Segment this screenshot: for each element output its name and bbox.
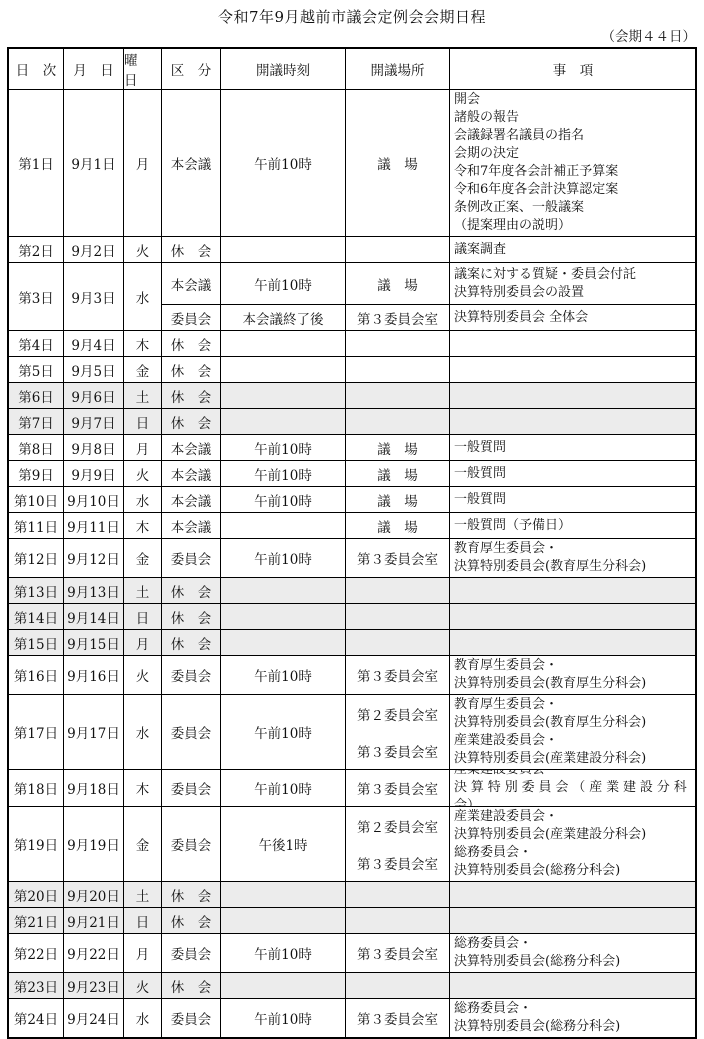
item-group: 一般質問 [454,462,692,485]
time-cell [221,604,346,629]
document-page: 令和7年9月越前市議会定例会会期日程 （会期４４日） 日 次月 日曜 日区 分開… [0,0,704,1039]
category-cell: 委員会 [162,934,221,972]
category-cell: 休 会 [162,973,221,998]
session-length-note: （会期４４日） [0,28,704,46]
item-group [454,579,692,602]
weekday-cell: 火 [124,973,162,998]
item-line: 条例改正案、一般議案 [454,199,692,217]
header-cell: 事 項 [450,49,695,89]
category-cell: 休 会 [162,383,221,408]
items-cell [450,331,695,356]
table-row: 第18日9月18日木委員会午前10時第３委員会室産業建設委員会・決算特別委員会（… [9,770,695,807]
place: 第３委員会室 [346,539,449,577]
item-group: 産業建設委員会・決算特別委員会（産業建設分科会） [454,771,692,805]
day-cell: 第1日 [9,90,64,236]
item-group: 一般質問 [454,488,692,511]
item-group [454,332,692,355]
item-line: 会） [454,797,692,806]
row-details: 休 会 [162,604,695,629]
weekday-cell: 水 [124,263,162,330]
item-line: 令和7年度各会計補正予算案 [454,163,692,181]
items-cell: 決算特別委員会 全体会 [450,305,695,330]
time-cell [221,383,346,408]
item-line: 一般質問 [454,465,692,483]
subrow: 本会議午前10時議 場一般質問 [162,435,695,460]
weekday-cell: 水 [124,999,162,1037]
place [346,383,449,408]
place-cell [346,604,450,629]
item-line: 産業建設委員会・ [454,732,692,750]
place: 議 場 [346,435,449,460]
weekday-cell: 金 [124,357,162,382]
date-cell: 9月20日 [64,882,124,907]
items-cell [450,973,695,998]
place-cell: 議 場 [346,435,450,460]
place-cell: 第２委員会室第３委員会室 [346,807,450,881]
place [346,237,449,262]
time-cell [221,882,346,907]
time-cell: 午前10時 [221,435,346,460]
table-row: 第5日9月5日金休 会 [9,357,695,383]
row-details: 委員会午後1時第２委員会室第３委員会室産業建設委員会・決算特別委員会(産業建設分… [162,807,695,881]
time-cell [221,237,346,262]
date-cell: 9月2日 [64,237,124,262]
items-cell: 一般質問 [450,435,695,460]
category-cell: 休 会 [162,578,221,603]
weekday-cell: 土 [124,383,162,408]
item-line: 決算特別委員会(産業建設分科会) [454,750,692,768]
row-details: 休 会 [162,630,695,655]
date-cell: 9月16日 [64,656,124,694]
date-cell: 9月24日 [64,999,124,1037]
header-cell: 曜 日 [124,49,162,89]
day-cell: 第7日 [9,409,64,434]
items-cell [450,578,695,603]
table-row: 第19日9月19日金委員会午後1時第２委員会室第３委員会室産業建設委員会・決算特… [9,807,695,882]
table-row: 第8日9月8日月本会議午前10時議 場一般質問 [9,435,695,461]
item-group [454,909,692,932]
day-cell: 第9日 [9,461,64,486]
table-body: 第1日9月1日月本会議午前10時議 場開会諸般の報告会議録署名議員の指名会期の決… [9,90,695,1037]
table-row: 第23日9月23日火休 会 [9,973,695,999]
day-cell: 第18日 [9,770,64,806]
place [346,882,449,907]
day-cell: 第24日 [9,999,64,1037]
item-group: 開会諸般の報告会議録署名議員の指名会期の決定令和7年度各会計補正予算案令和6年度… [454,91,692,235]
date-cell: 9月11日 [64,513,124,538]
weekday-cell: 月 [124,435,162,460]
item-group: 一般質問 [454,436,692,459]
item-group [454,410,692,433]
category-cell: 委員会 [162,770,221,806]
item-group: 総務委員会・決算特別委員会(総務分科会) [454,1000,692,1036]
table-row: 第21日9月21日日休 会 [9,908,695,934]
row-details: 委員会午前10時第３委員会室総務委員会・決算特別委員会(総務分科会) [162,999,695,1037]
item-line: 総務委員会・ [454,844,692,862]
place-cell [346,908,450,933]
subrow: 委員会午前10時第２委員会室第３委員会室教育厚生委員会・決算特別委員会(教育厚生… [162,695,695,769]
place: 第３委員会室 [346,732,449,769]
item-group: 総務委員会・決算特別委員会(総務分科会) [454,935,692,971]
weekday-cell: 月 [124,630,162,655]
place [346,409,449,434]
time-cell: 午前10時 [221,487,346,512]
day-cell: 第19日 [9,807,64,881]
weekday-cell: 火 [124,656,162,694]
place-cell: 第３委員会室 [346,539,450,577]
day-cell: 第10日 [9,487,64,512]
place-cell: 議 場 [346,90,450,236]
item-group: 決算特別委員会 全体会 [454,306,692,329]
weekday-cell: 土 [124,882,162,907]
weekday-cell: 火 [124,461,162,486]
table-row: 第3日9月3日水本会議午前10時議 場議案に対する質疑・委員会付託決算特別委員会… [9,263,695,331]
header-cell: 区 分 [162,49,221,89]
day-cell: 第12日 [9,539,64,577]
item-line: 令和6年度各会計決算認定案 [454,181,692,199]
place: 第３委員会室 [346,999,449,1037]
place [346,578,449,603]
day-cell: 第2日 [9,237,64,262]
day-cell: 第13日 [9,578,64,603]
items-cell: 一般質問（予備日） [450,513,695,538]
table-row: 第22日9月22日月委員会午前10時第３委員会室総務委員会・決算特別委員会(総務… [9,934,695,973]
weekday-cell: 月 [124,934,162,972]
table-row: 第4日9月4日木休 会 [9,331,695,357]
weekday-cell: 日 [124,604,162,629]
items-cell: 総務委員会・決算特別委員会(総務分科会) [450,934,695,972]
place-cell: 第３委員会室 [346,999,450,1037]
subrow: 休 会 [162,357,695,382]
place: 第３委員会室 [346,656,449,694]
row-details: 委員会午前10時第３委員会室総務委員会・決算特別委員会(総務分科会) [162,934,695,972]
date-cell: 9月21日 [64,908,124,933]
table-row: 第11日9月11日木本会議議 場一般質問（予備日） [9,513,695,539]
category-cell: 休 会 [162,357,221,382]
subrow: 本会議議 場一般質問（予備日） [162,513,695,538]
subrow: 休 会 [162,604,695,629]
item-line: 決算特別委員会(産業建設分科会) [454,826,692,844]
time-cell [221,513,346,538]
time-cell: 午前10時 [221,539,346,577]
category-cell: 本会議 [162,487,221,512]
time-cell: 本会議終了後 [221,305,346,330]
place [346,331,449,356]
category-cell: 休 会 [162,237,221,262]
weekday-cell: 水 [124,487,162,512]
day-cell: 第17日 [9,695,64,769]
item-line: 決算特別委員会（産業建設分科 [454,779,692,797]
item-line: 決算特別委員会(教育厚生分科会) [454,675,692,693]
table-row: 第13日9月13日土休 会 [9,578,695,604]
row-details: 本会議午前10時議 場議案に対する質疑・委員会付託決算特別委員会の設置委員会本会… [162,263,695,330]
table-row: 第10日9月10日水本会議午前10時議 場一般質問 [9,487,695,513]
table-row: 第9日9月9日火本会議午前10時議 場一般質問 [9,461,695,487]
item-group: 産業建設委員会・決算特別委員会(産業建設分科会) [454,732,692,768]
place [346,604,449,629]
category-cell: 休 会 [162,604,221,629]
weekday-cell: 木 [124,331,162,356]
items-cell [450,882,695,907]
date-cell: 9月23日 [64,973,124,998]
items-cell: 議案調査 [450,237,695,262]
subrow: 休 会 [162,383,695,408]
day-cell: 第20日 [9,882,64,907]
item-line: 諸般の報告 [454,109,692,127]
category-cell: 休 会 [162,409,221,434]
items-cell: 産業建設委員会・決算特別委員会(産業建設分科会)総務委員会・決算特別委員会(総務… [450,807,695,881]
weekday-cell: 月 [124,90,162,236]
items-cell [450,409,695,434]
day-cell: 第16日 [9,656,64,694]
place [346,630,449,655]
subrow: 本会議午前10時議 場開会諸般の報告会議録署名議員の指名会期の決定令和7年度各会… [162,90,695,236]
time-cell: 午前10時 [221,934,346,972]
row-details: 休 会 [162,331,695,356]
date-cell: 9月7日 [64,409,124,434]
subrow: 本会議午前10時議 場一般質問 [162,461,695,486]
date-cell: 9月9日 [64,461,124,486]
day-cell: 第6日 [9,383,64,408]
items-cell: 議案に対する質疑・委員会付託決算特別委員会の設置 [450,263,695,304]
place: 第３委員会室 [346,844,449,881]
item-group [454,605,692,628]
place: 議 場 [346,487,449,512]
category-cell: 本会議 [162,513,221,538]
place-cell [346,882,450,907]
weekday-cell: 火 [124,237,162,262]
place: 第３委員会室 [346,305,449,330]
time-cell [221,409,346,434]
table-row: 第15日9月15日月休 会 [9,630,695,656]
subrow: 休 会 [162,578,695,603]
row-details: 委員会午前10時第３委員会室教育厚生委員会・決算特別委員会(教育厚生分科会) [162,539,695,577]
day-cell: 第8日 [9,435,64,460]
row-details: 本会議午前10時議 場一般質問 [162,461,695,486]
page-title: 令和7年9月越前市議会定例会会期日程 [0,0,704,27]
header-cell: 月 日 [64,49,124,89]
category-cell: 休 会 [162,908,221,933]
place-cell: 第３委員会室 [346,770,450,806]
date-cell: 9月12日 [64,539,124,577]
day-cell: 第3日 [9,263,64,330]
place-cell: 第２委員会室第３委員会室 [346,695,450,769]
item-line: 一般質問 [454,491,692,509]
weekday-cell: 金 [124,539,162,577]
row-details: 休 会 [162,908,695,933]
item-line: 決算特別委員会(教育厚生分科会) [454,714,692,732]
date-cell: 9月22日 [64,934,124,972]
weekday-cell: 土 [124,578,162,603]
table-row: 第2日9月2日火休 会議案調査 [9,237,695,263]
day-cell: 第23日 [9,973,64,998]
row-details: 委員会午前10時第３委員会室産業建設委員会・決算特別委員会（産業建設分科会） [162,770,695,806]
time-cell [221,908,346,933]
subrow: 休 会 [162,908,695,933]
item-line: 決算特別委員会 全体会 [454,309,692,327]
weekday-cell: 日 [124,908,162,933]
item-line: 決算特別委員会(総務分科会) [454,862,692,880]
header-cell: 日 次 [9,49,64,89]
items-cell: 教育厚生委員会・決算特別委員会(教育厚生分科会) [450,539,695,577]
subrow: 本会議午前10時議 場議案に対する質疑・委員会付託決算特別委員会の設置 [162,263,695,304]
category-cell: 委員会 [162,695,221,769]
item-line: 総務委員会・ [454,1000,692,1018]
subrow: 休 会 [162,630,695,655]
time-cell [221,578,346,603]
table-row: 第17日9月17日水委員会午前10時第２委員会室第３委員会室教育厚生委員会・決算… [9,695,695,770]
weekday-cell: 日 [124,409,162,434]
place-cell: 議 場 [346,461,450,486]
place-cell: 第３委員会室 [346,934,450,972]
item-group: 教育厚生委員会・決算特別委員会(教育厚生分科会) [454,540,692,576]
place: 議 場 [346,513,449,538]
table-row: 第7日9月7日日休 会 [9,409,695,435]
item-group: 一般質問（予備日） [454,514,692,537]
date-cell: 9月15日 [64,630,124,655]
place-cell: 第３委員会室 [346,305,450,330]
day-cell: 第5日 [9,357,64,382]
item-line: 会議録署名議員の指名 [454,127,692,145]
items-cell: 一般質問 [450,461,695,486]
row-details: 委員会午前10時第２委員会室第３委員会室教育厚生委員会・決算特別委員会(教育厚生… [162,695,695,769]
item-group [454,358,692,381]
row-details: 本会議午前10時議 場開会諸般の報告会議録署名議員の指名会期の決定令和7年度各会… [162,90,695,236]
row-details: 本会議午前10時議 場一般質問 [162,435,695,460]
subrow: 委員会午後1時第２委員会室第３委員会室産業建設委員会・決算特別委員会(産業建設分… [162,807,695,881]
items-cell: 開会諸般の報告会議録署名議員の指名会期の決定令和7年度各会計補正予算案令和6年度… [450,90,695,236]
category-cell: 休 会 [162,882,221,907]
date-cell: 9月13日 [64,578,124,603]
category-cell: 委員会 [162,656,221,694]
subrow: 委員会午前10時第３委員会室産業建設委員会・決算特別委員会（産業建設分科会） [162,770,695,806]
item-group [454,631,692,654]
table-row: 第1日9月1日月本会議午前10時議 場開会諸般の報告会議録署名議員の指名会期の決… [9,90,695,237]
category-cell: 本会議 [162,435,221,460]
item-group: 議案に対する質疑・委員会付託決算特別委員会の設置 [454,264,692,303]
date-cell: 9月5日 [64,357,124,382]
items-cell [450,383,695,408]
place: 議 場 [346,90,449,236]
weekday-cell: 木 [124,770,162,806]
subrow: 休 会 [162,409,695,434]
row-details: 委員会午前10時第３委員会室教育厚生委員会・決算特別委員会(教育厚生分科会) [162,656,695,694]
day-cell: 第14日 [9,604,64,629]
item-line: 決算特別委員会(総務分科会) [454,1018,692,1036]
place: 第３委員会室 [346,934,449,972]
row-details: 休 会 [162,973,695,998]
items-cell: 教育厚生委員会・決算特別委員会(教育厚生分科会)産業建設委員会・決算特別委員会(… [450,695,695,769]
time-cell [221,973,346,998]
subrow: 本会議午前10時議 場一般質問 [162,487,695,512]
day-cell: 第21日 [9,908,64,933]
row-details: 休 会 [162,882,695,907]
row-details: 休 会 [162,357,695,382]
row-details: 休 会 [162,578,695,603]
item-line: 産業建設委員会・ [454,808,692,826]
date-cell: 9月10日 [64,487,124,512]
place: 第２委員会室 [346,695,449,732]
item-group: 議案調査 [454,238,692,261]
date-cell: 9月1日 [64,90,124,236]
item-group [454,384,692,407]
row-details: 休 会議案調査 [162,237,695,262]
date-cell: 9月19日 [64,807,124,881]
place: 第３委員会室 [346,770,449,806]
items-cell: 一般質問 [450,487,695,512]
date-cell: 9月4日 [64,331,124,356]
category-cell: 委員会 [162,999,221,1037]
items-cell [450,630,695,655]
date-cell: 9月8日 [64,435,124,460]
time-cell: 午前10時 [221,999,346,1037]
item-line: 議案調査 [454,241,692,259]
time-cell: 午後1時 [221,807,346,881]
time-cell [221,630,346,655]
place-cell [346,973,450,998]
weekday-cell: 金 [124,807,162,881]
place-cell: 議 場 [346,263,450,304]
table-row: 第12日9月12日金委員会午前10時第３委員会室教育厚生委員会・決算特別委員会(… [9,539,695,578]
time-cell [221,357,346,382]
category-cell: 本会議 [162,263,221,304]
category-cell: 休 会 [162,331,221,356]
table-row: 第14日9月14日日休 会 [9,604,695,630]
subrow: 委員会午前10時第３委員会室総務委員会・決算特別委員会(総務分科会) [162,999,695,1037]
subrow: 委員会午前10時第３委員会室教育厚生委員会・決算特別委員会(教育厚生分科会) [162,539,695,577]
table-header-row: 日 次月 日曜 日区 分開議時刻開議場所事 項 [9,49,695,90]
item-line: 決算特別委員会(総務分科会) [454,953,692,971]
day-cell: 第15日 [9,630,64,655]
item-group: 教育厚生委員会・決算特別委員会(教育厚生分科会) [454,696,692,732]
item-group [454,974,692,997]
table-row: 第20日9月20日土休 会 [9,882,695,908]
item-line: 教育厚生委員会・ [454,696,692,714]
subrow: 休 会 [162,882,695,907]
category-cell: 本会議 [162,90,221,236]
place-cell [346,409,450,434]
subrow: 休 会 [162,973,695,998]
date-cell: 9月18日 [64,770,124,806]
place-cell: 第３委員会室 [346,656,450,694]
place [346,973,449,998]
place: 議 場 [346,263,449,304]
time-cell: 午前10時 [221,770,346,806]
subrow: 委員会午前10時第３委員会室総務委員会・決算特別委員会(総務分科会) [162,934,695,972]
item-group: 産業建設委員会・決算特別委員会(産業建設分科会) [454,808,692,844]
place-cell [346,383,450,408]
place-cell [346,237,450,262]
place-cell [346,630,450,655]
item-line: 開会 [454,91,692,109]
place: 第２委員会室 [346,807,449,844]
place-cell [346,357,450,382]
time-cell: 午前10時 [221,263,346,304]
items-cell: 総務委員会・決算特別委員会(総務分科会) [450,999,695,1037]
item-line: 産業建設委員会・ [454,770,692,779]
items-cell: 教育厚生委員会・決算特別委員会(教育厚生分科会) [450,656,695,694]
place-cell [346,331,450,356]
item-line: 決算特別委員会(教育厚生分科会) [454,558,692,576]
item-line: 一般質問（予備日） [454,517,692,535]
time-cell [221,331,346,356]
place-cell: 議 場 [346,487,450,512]
header-cell: 開議時刻 [221,49,346,89]
table-row: 第16日9月16日火委員会午前10時第３委員会室教育厚生委員会・決算特別委員会(… [9,656,695,695]
date-cell: 9月6日 [64,383,124,408]
time-cell: 午前10時 [221,461,346,486]
time-cell: 午前10時 [221,695,346,769]
